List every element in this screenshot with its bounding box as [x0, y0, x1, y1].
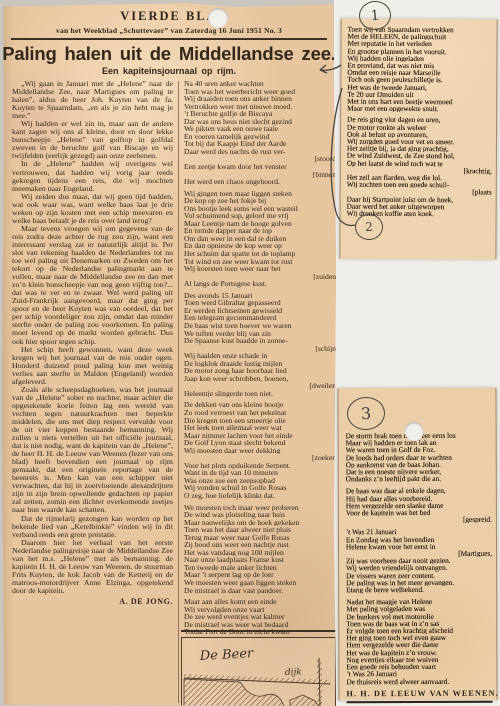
article-paragraph: Daarom hier het verhaal van het eerste N… — [12, 539, 173, 595]
map-drawing: De Beer dijk — [182, 638, 335, 706]
handwritten-connector-line — [326, 86, 362, 232]
poem-line: We moesten weer gaan liggen steken — [184, 579, 336, 587]
poem-line: Vertrokken weer met nieuwe moed. — [184, 103, 336, 111]
poem-line: Toen was het weerbericht weer goed — [184, 88, 336, 96]
poem-line: Zij bood ons weer een nachtje rust — [184, 541, 336, 549]
article-paragraph: Wij hadden er wel zin in, maar aan de an… — [12, 120, 173, 160]
poem-line: We tuften verder blij van zin — [184, 330, 336, 338]
poem-line: Het werd een chaos ongehoord. — [184, 178, 336, 186]
poem-line: Het schuim dat spatte tot de toplamp — [184, 250, 336, 258]
masthead-subline: van het Weekblad „Schuttevaer” van Zater… — [2, 26, 336, 35]
poem-line: Ten tweede male anker lichten — [184, 564, 336, 572]
poem-line: Tot bij dat Kaapje Eind der Aarde — [184, 140, 336, 148]
article-paragraph: Dat de rijmelarij gezongen kan worden op… — [12, 515, 173, 539]
poem-line: De zee werd eventjes wat kalmer — [184, 613, 336, 621]
poem-line: Ondanks z’n leeftijd pakt die an. — [346, 475, 492, 483]
poem-line: Het was vandaag nog 100 mijlen — [184, 549, 336, 557]
poem-line: Maar nimmer lachen voor het einde — [184, 432, 336, 440]
map-title: De Beer — [198, 646, 254, 664]
poem-column: Na 40 uren anker wachtenToen was het wee… — [184, 80, 336, 640]
poem-line: Want in de tijd van 10 minuten — [184, 469, 336, 477]
article-paragraph: In de „Helene” hadden wij overigens wel … — [12, 160, 173, 192]
poem-line: De kop op zee het fokje bij — [184, 197, 336, 205]
poem-line: En voeren tamelijk gezwind — [184, 133, 336, 141]
poem-line: De mistrael was weer wat bedaard — [184, 621, 336, 629]
poem-line: De thuisreis werd alweer aanvaard. — [346, 677, 492, 685]
poem-line: De baas wist toen hoever we waren — [184, 322, 336, 330]
end-rule — [347, 701, 493, 704]
poem-byline: H. H. DE LEEUW VAN WEENEN. — [347, 689, 493, 697]
poem-line: Wij vonden schuil in Golfe Rosas — [184, 484, 336, 492]
column-divider-rule — [178, 81, 179, 703]
poem-line: [zoeken — [184, 454, 336, 462]
poem-line: Maar aan alles komt een einde — [184, 598, 336, 606]
article-column: „Wij gaan in Januari met de „Helene” naa… — [12, 80, 173, 606]
hole-punch — [208, 8, 228, 28]
poem-line: Wij zochten toen een goede schuil- — [347, 181, 492, 189]
poem-stanza: De baas was daar al enkele dagen,Hij had… — [346, 487, 492, 524]
poem-line: Wij koersten toen weer naar het — [184, 265, 336, 273]
article-byline: A. DE JONG. — [12, 598, 173, 606]
poem-line: We moesten toch maar weer proberen — [184, 504, 336, 512]
poem-line: Terug maar weer naar Golfe Rosas — [184, 534, 336, 542]
poem-line: Heleentje slingerde toen niet. — [184, 390, 336, 398]
annotation-number: 3 — [360, 404, 371, 424]
poem-line: [dweilen — [184, 382, 336, 390]
newspaper-clipping-main: VIERDE BLA van het Weekblad „Schuttevaer… — [2, 3, 336, 706]
handwritten-arrow-icon — [315, 60, 343, 78]
newspaper-clipping-right-bottom: De storm brak toen nog weer eens losMaar… — [337, 388, 497, 701]
poem-stanza: Wij gingen toen maar liggen stekenDe kop… — [184, 190, 336, 288]
poem-stanza: We moesten toch maar weer proberenDe win… — [184, 504, 336, 595]
poem-line: De mistrael is daar vast pandoer. — [184, 587, 336, 595]
poem-line: O zeg, hoe liefelijk klinkt dat. — [184, 492, 336, 500]
poem-stanzas-left: Na 40 uren anker wachtenToen was het wee… — [184, 80, 336, 636]
poem-line: De logklok draaide lustig mijlen — [184, 360, 336, 368]
poem-stanza: De dekken van ons kleine bootjeZo rood v… — [184, 401, 336, 499]
masthead-rule — [11, 38, 327, 40]
poem-line: Tot wind en zee weer kwam tot rust — [184, 258, 336, 266]
article-paragraph: „Wij gaan in Januari met de „Helene” naa… — [12, 80, 173, 120]
poem-line: De wind was plotseling naar huis — [184, 511, 336, 519]
poem-line: ’t Beruchte golfje de Biscaya — [184, 110, 336, 118]
annotation-number: 1 — [370, 7, 380, 24]
scanned-newspaper-page: VIERDE BLA van het Weekblad „Schuttevaer… — [0, 0, 500, 706]
poem-line: Die kregen toen een smeertje olie — [184, 417, 336, 425]
poem-stanza: De reis ging vlot dagen en uren,De motor… — [347, 116, 493, 218]
article-paragraphs: „Wij gaan in Januari met de „Helene” naa… — [12, 80, 173, 595]
poem-line: [binnen — [184, 171, 336, 179]
poem-stanzas-right-bottom: De storm brak toen nog weer eens losMaar… — [346, 432, 493, 685]
poem-line: Maar met een opgewekte snuit. — [347, 105, 492, 113]
poem-stanza: ’t Was 21 JanuariEn Zondag was het boven… — [346, 528, 492, 593]
poem-line: De dekken van ons kleine bootje — [184, 401, 336, 409]
poem-stanza: Des avonds 15 JanuariToen werd Gibraltar… — [184, 292, 336, 398]
poem-stanza: Toen wij van Spaarndam vertrokkenMet de … — [347, 26, 492, 113]
map-top-rule — [181, 630, 337, 632]
masthead: VIERDE BLA van het Weekblad „Schuttevaer… — [2, 9, 336, 76]
map-label-dijk: dijk — [285, 667, 302, 678]
poem-line: Er werden lichtseinen gewisseld — [184, 307, 336, 315]
poem-line: Een telegram gecommandeerd — [184, 314, 336, 322]
poem-line: De Spaanse kust baadde in zonne- — [184, 337, 336, 345]
poem-line: Wij vervolgden onze vaart — [184, 606, 336, 614]
poem-line: [zuiden — [184, 273, 336, 281]
poem-line: Een zeetje kwam door het venster — [184, 163, 336, 171]
poem-stanza: Nadat het maagje van HeleneMet paling vo… — [346, 598, 492, 685]
poem-line: Was onze zee een zeepsopbad — [184, 477, 336, 485]
poem-line: [stoord — [184, 155, 336, 163]
poem-line: Wij moesten daar weer dekking — [184, 447, 336, 455]
article-headline: Paling halen uit de Middellandse zee. — [2, 43, 336, 65]
poem-line: We pikten vaak een ouwe taaie — [184, 125, 336, 133]
poem-line: [gespreid. — [346, 516, 492, 524]
article-subhead: Een kapiteinsjournaal op rijm. — [2, 66, 336, 76]
poem-line: Jaap kon weer schrobben, boenen, — [184, 375, 336, 383]
poem-line: Het leek toen allemaal weer wat — [184, 424, 336, 432]
poem-line: Voor het plots opduikende Serpent. — [184, 462, 336, 470]
poem-stanzas-right-top: Toen wij van Spaarndam vertrokkenMet de … — [347, 26, 493, 218]
poem-line: Maar nauwelijks om de hoek gekeken — [184, 519, 336, 527]
poem-line: Om dan weer in een dal te duiken — [184, 235, 336, 243]
poem-line: Wij haalden onze schade in — [184, 352, 336, 360]
poem-line: De Golf Lyon staat slecht bekend — [184, 439, 336, 447]
poem-line: Wij gingen toen maar liggen steken — [184, 190, 336, 198]
poem-line: En tornde dapper naar de top — [184, 227, 336, 235]
poem-stanza: Na 40 uren anker wachtenToen was het wee… — [184, 80, 336, 186]
hole-punch — [405, 422, 424, 441]
article-paragraph: Maar tevens vroegen wij om gegevens van … — [12, 225, 173, 346]
poem-line: Op het laatst de wind toch wat te — [347, 159, 492, 167]
masthead-edition: VIERDE BLA — [2, 9, 336, 24]
poem-line: Naar onze laadplaats Franse kust — [184, 556, 336, 564]
poem-line: Etang de berre welbekend. — [346, 586, 492, 594]
annotation-number: 2 — [365, 220, 373, 234]
poem-line: Zo rood verroest van het pekelnat — [184, 409, 336, 417]
map-figure: De Beer dijk — [181, 637, 336, 706]
poem-line: Ons bootje leek soms wel een wasteil — [184, 205, 336, 213]
poem-line: Daar werd des nachts de rust ver- — [184, 148, 336, 156]
article-paragraph: Het schip heeft gewonnen, want deze week… — [12, 346, 173, 386]
poem-line: Vol schuimend sop, geloof me vrij — [184, 212, 336, 220]
poem-line: Na 40 uren anker wachten — [184, 80, 336, 88]
article-paragraph: Zoals alle scheepsdagboeken, was het jou… — [12, 386, 173, 515]
poem-line: Maar Leentje nam de hooge golven — [184, 220, 336, 228]
poem-line: Maar ’t serpent lag op de loer — [184, 571, 336, 579]
poem-line: En dan opnieuw de kop weer op — [184, 242, 336, 250]
poem-line: Al langs de Portugese kust. — [184, 280, 336, 288]
poem-line: [schijn — [184, 345, 336, 353]
poem-line: Des avonds 15 Januari — [184, 292, 336, 300]
article-paragraph: Wij zeiden dus maar, dat wij geen tijd h… — [12, 193, 173, 225]
poem-line: Dat was ons heus niet slecht gezind — [184, 118, 336, 126]
poem-line: De motor zong haar hoorbaar lied — [184, 367, 336, 375]
poem-line: Toen werd Gibraltar gepasseerd — [184, 299, 336, 307]
poem-line: Toen was het daar alweer niet pluis — [184, 526, 336, 534]
poem-line: Wij draaiden toen ons anker binnen — [184, 95, 336, 103]
